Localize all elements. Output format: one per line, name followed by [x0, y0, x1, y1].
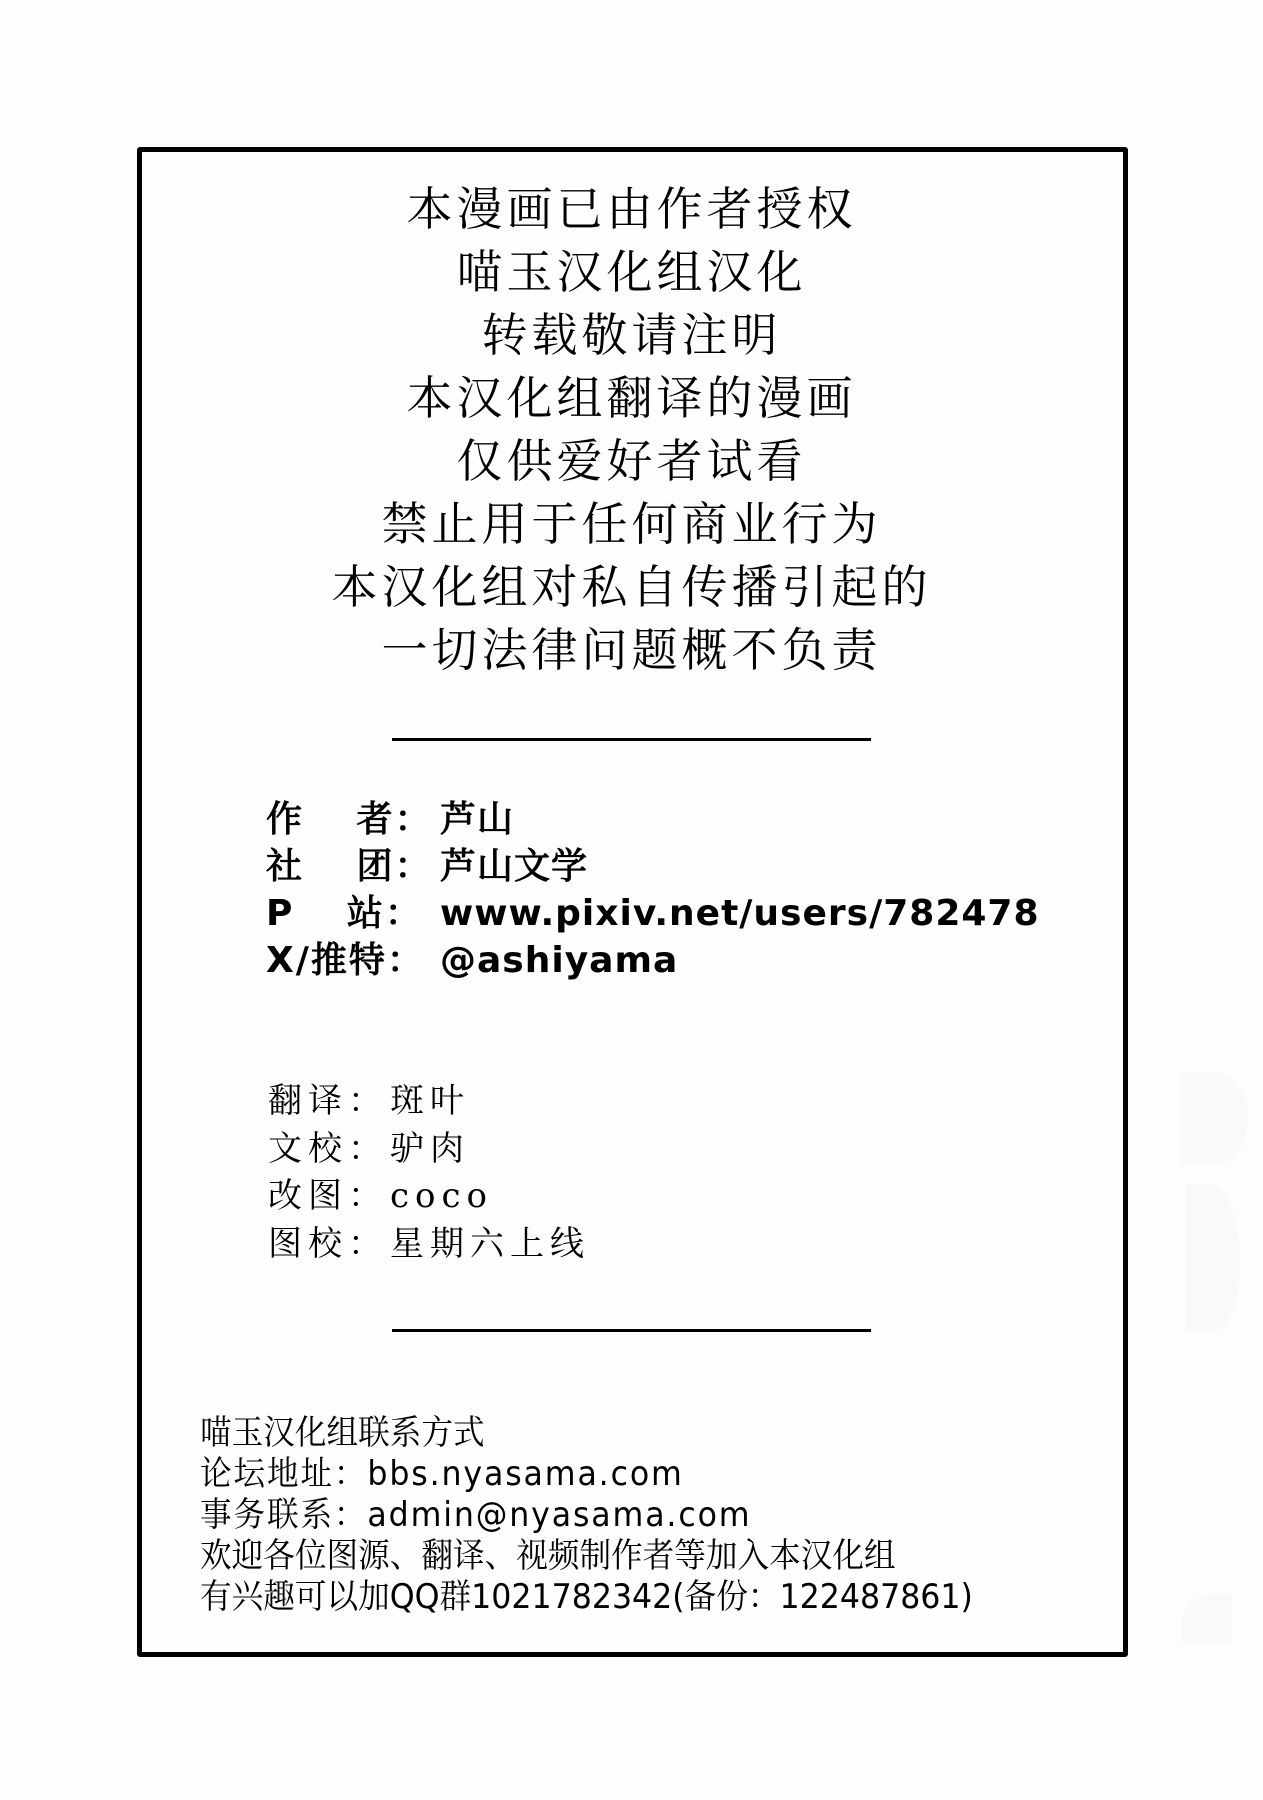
contact-title: 喵玉汉化组联系方式 [200, 1413, 485, 1454]
staff-label: 改图： [268, 1174, 390, 1218]
contact-recruit: 欢迎各位图源、翻译、视频制作者等加入本汉化组 [200, 1536, 896, 1577]
bleed-through-shape [1182, 1595, 1232, 1643]
credit-value: @ashiyama [440, 939, 678, 983]
staff-image-checker: 图校：星期六上线 [268, 1222, 590, 1266]
staff-label: 图校： [268, 1222, 390, 1266]
staff-value: coco [390, 1176, 493, 1216]
staff-translator: 翻译：斑叶 [268, 1079, 470, 1123]
bleed-through-shape [1180, 1072, 1248, 1164]
notice-line: 一切法律问题概不负责 [0, 624, 1263, 676]
forum-label: 论坛地址： [200, 1454, 367, 1494]
contact-forum: 论坛地址：bbs.nyasama.com [200, 1454, 684, 1495]
notice-line: 转载敬请注明 [0, 309, 1263, 361]
credit-circle: 社 团：芦山文学 [266, 845, 588, 889]
staff-proofreader: 文校：驴肉 [268, 1127, 470, 1171]
staff-label: 翻译： [268, 1079, 390, 1123]
credit-value: 芦山文学 [440, 845, 588, 889]
email-link[interactable]: admin@nyasama.com [367, 1495, 751, 1535]
notice-line: 禁止用于任何商业行为 [0, 498, 1263, 550]
credit-value: www.pixiv.net/users/782478 [440, 892, 1040, 936]
staff-value: 驴肉 [390, 1129, 470, 1169]
credit-value: 芦山 [440, 798, 514, 842]
credit-twitter: X/推特：@ashiyama [266, 939, 678, 983]
notice-line: 喵玉汉化组汉化 [0, 246, 1263, 298]
notice-line: 本漫画已由作者授权 [0, 183, 1263, 235]
credit-pixiv: P 站：www.pixiv.net/users/782478 [266, 892, 1040, 936]
notice-line: 本汉化组对私自传播引起的 [0, 561, 1263, 613]
section-divider [392, 738, 871, 741]
credit-author: 作 者：芦山 [266, 798, 514, 842]
credit-label: X/推特： [266, 939, 440, 983]
credit-label: 作 者： [266, 798, 440, 842]
staff-label: 文校： [268, 1127, 390, 1171]
email-label: 事务联系： [200, 1495, 367, 1535]
staff-value: 斑叶 [390, 1081, 470, 1121]
staff-editor: 改图：coco [268, 1174, 493, 1218]
contact-qq: 有兴趣可以加QQ群1021782342(备份：122487861) [200, 1577, 973, 1618]
notice-line: 本汉化组翻译的漫画 [0, 372, 1263, 424]
notice-line: 仅供爱好者试看 [0, 435, 1263, 487]
forum-link[interactable]: bbs.nyasama.com [367, 1454, 683, 1494]
bleed-through-shape [1186, 1185, 1240, 1330]
section-divider [392, 1329, 871, 1332]
credit-label: P 站： [266, 892, 440, 936]
contact-email: 事务联系：admin@nyasama.com [200, 1495, 751, 1536]
credit-label: 社 团： [266, 845, 440, 889]
staff-value: 星期六上线 [390, 1224, 590, 1264]
